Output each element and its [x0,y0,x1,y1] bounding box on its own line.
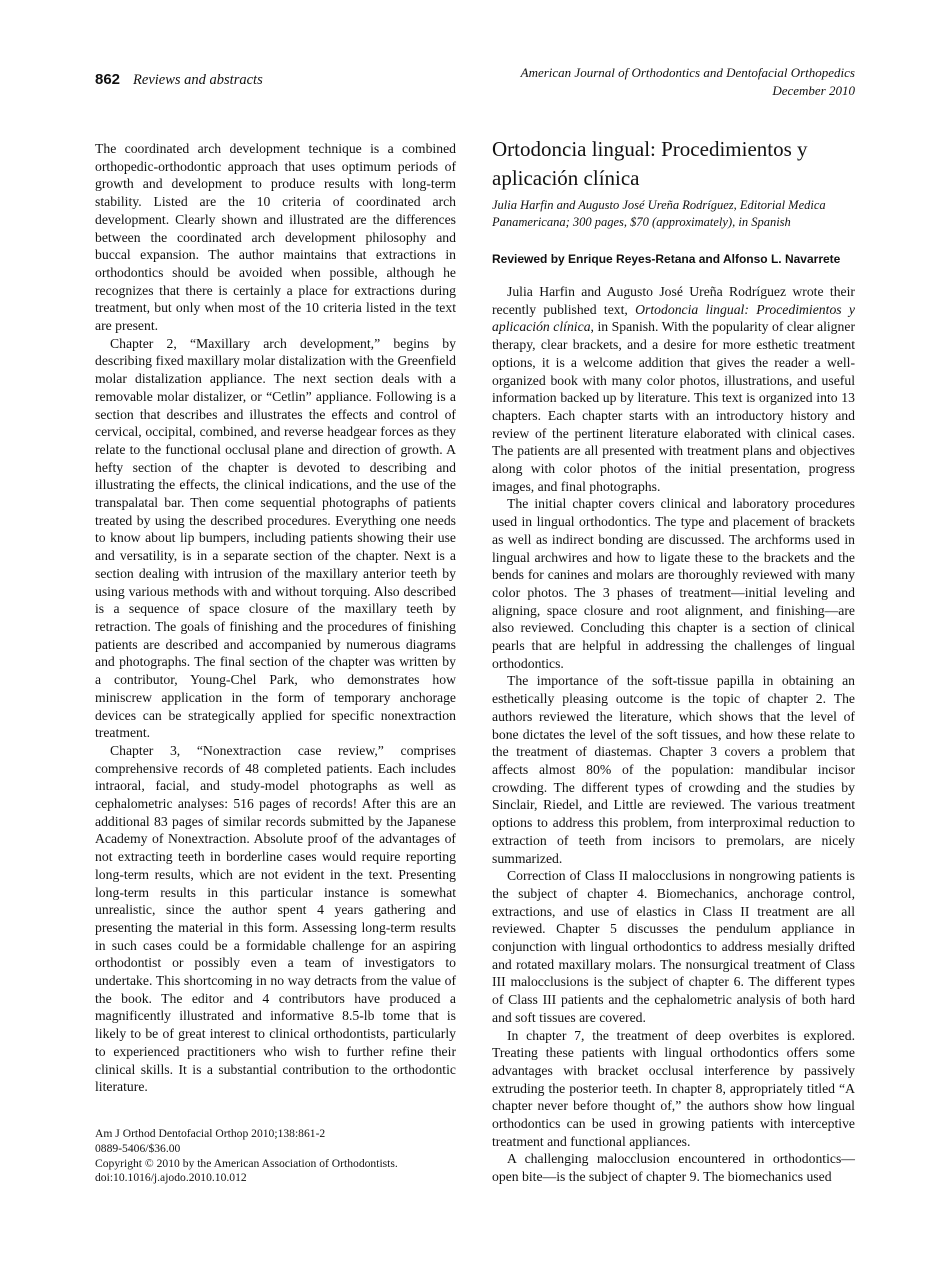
section-title: Reviews and abstracts [133,72,263,89]
text-run: Correction of Class II malocclusions in … [492,868,855,1025]
running-head-left: 862 Reviews and abstracts [95,71,263,89]
left-column: The coordinated arch development techniq… [95,140,456,1186]
right-column: Ortodoncia lingual: Procedimientos y apl… [492,140,855,1186]
citation-line: Copyright © 2010 by the American Associa… [95,1157,456,1172]
text-run: Chapter 2, “Maxillary arch development,”… [95,336,456,740]
paragraph: The initial chapter covers clinical and … [492,495,855,672]
review-byline: Julia Harfin and Augusto José Ureña Rodr… [492,197,855,231]
text-run: The initial chapter covers clinical and … [492,496,855,670]
review-title: Ortodoncia lingual: Procedimientos y apl… [492,135,855,192]
paragraph: In chapter 7, the treatment of deep over… [492,1027,855,1151]
citation-line: 0889-5406/$36.00 [95,1142,456,1157]
left-column-paragraphs: The coordinated arch development techniq… [95,140,456,1096]
page-number: 862 [95,71,120,88]
running-head-right: American Journal of Orthodontics and Den… [521,64,855,99]
text-run: In chapter 7, the treatment of deep over… [492,1028,855,1149]
citation-line: doi:10.1016/j.ajodo.2010.10.012 [95,1171,456,1186]
reviewed-by-line: Reviewed by Enrique Reyes-Retana and Alf… [492,252,855,266]
paragraph: A challenging malocclusion encountered i… [492,1150,855,1185]
paragraph: The coordinated arch development techniq… [95,140,456,335]
paragraph: Correction of Class II malocclusions in … [492,867,855,1026]
text-run: The coordinated arch development techniq… [95,141,456,333]
journal-name: American Journal of Orthodontics and Den… [521,64,855,82]
text-run: A challenging malocclusion encountered i… [492,1151,855,1184]
citation-line: Am J Orthod Dentofacial Orthop 2010;138:… [95,1127,456,1142]
citation-block: Am J Orthod Dentofacial Orthop 2010;138:… [95,1127,456,1186]
text-run: The importance of the soft-tissue papill… [492,673,855,865]
paragraph: Chapter 2, “Maxillary arch development,”… [95,335,456,742]
review-body-paragraphs: Julia Harfin and Augusto José Ureña Rodr… [492,283,855,1186]
paragraph: The importance of the soft-tissue papill… [492,672,855,867]
paragraph: Julia Harfin and Augusto José Ureña Rodr… [492,283,855,495]
text-run: , in Spanish. With the popularity of cle… [492,319,855,493]
text-run: Chapter 3, “Nonextraction case review,” … [95,743,456,1094]
issue-date: December 2010 [521,82,855,100]
journal-page: 862 Reviews and abstracts American Journ… [0,0,950,1272]
paragraph: Chapter 3, “Nonextraction case review,” … [95,742,456,1096]
